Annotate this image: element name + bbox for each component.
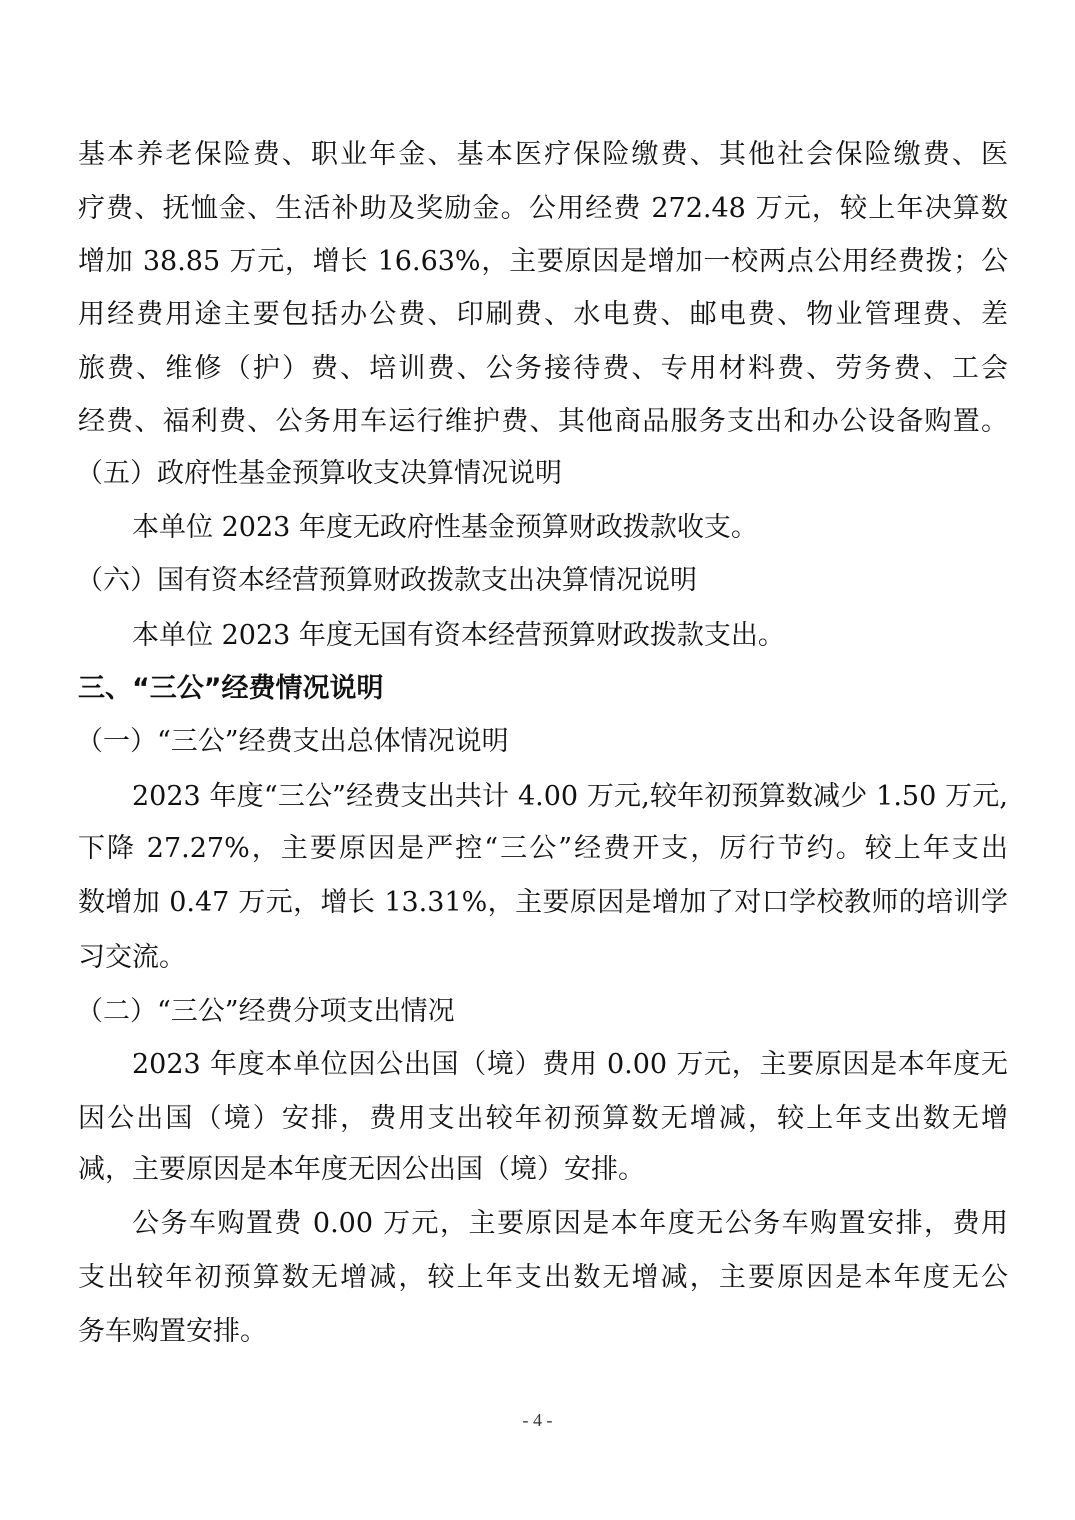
paragraph-line: 务车购置安排。 [78,1305,1008,1359]
subsection-heading-1: （一）“三公”经费支出总体情况说明 [76,715,1006,769]
paragraph-line: 数增加 0.47 万元，增长 13.31%，主要原因是增加了对口学校教师的培训学 [78,876,1008,930]
paragraph-line: 经费、福利费、公务用车运行维护费、其他商品服务支出和办公设备购置。 [78,395,1008,449]
paragraph-line: 增加 38.85 万元，增长 16.63%，主要原因是增加一校两点公用经费拨；公 [78,235,1008,289]
section-body-5: 本单位 2023 年度无政府性基金预算财政拨款收支。 [132,501,1008,555]
paragraph-line: 用经费用途主要包括办公费、印刷费、水电费、邮电费、物业管理费、差 [78,288,1008,342]
page-number: - 4 - [0,1406,1075,1434]
paragraph-line: 旅费、维修（护）费、培训费、公务接待费、专用材料费、劳务费、工会 [78,342,1008,396]
paragraph-line: 2023 年度本单位因公出国（境）费用 0.00 万元，主要原因是本年度无 [132,1038,1008,1092]
paragraph-line: 习交流。 [78,931,1008,985]
paragraph-line: 基本养老保险费、职业年金、基本医疗保险缴费、其他社会保险缴费、医 [78,128,1008,182]
section-body-6: 本单位 2023 年度无国有资本经营预算财政拨款支出。 [132,609,1008,663]
paragraph-line: 公务车购置费 0.00 万元，主要原因是本年度无公务车购置安排，费用 [132,1197,1008,1251]
paragraph-line: 支出较年初预算数无增减，较上年支出数无增减，主要原因是本年度无公 [78,1251,1008,1305]
paragraph-line: 下降 27.27%，主要原因是严控“三公”经费开支，厉行节约。较上年支出 [78,822,1008,876]
document-page: 基本养老保险费、职业年金、基本医疗保险缴费、其他社会保险缴费、医 疗费、抚恤金、… [0,0,1075,1520]
subsection-heading-2: （二）“三公”经费分项支出情况 [76,985,1006,1039]
paragraph-line: 疗费、抚恤金、生活补助及奖励金。公用经费 272.48 万元，较上年决算数 [78,182,1008,236]
paragraph-line: 减，主要原因是本年度无因公出国（境）安排。 [78,1143,1008,1197]
paragraph-line: 因公出国（境）安排，费用支出较年初预算数无增减，较上年支出数无增 [78,1092,1008,1146]
part-3-heading: 三、“三公”经费情况说明 [78,662,1008,716]
paragraph-line: 2023 年度“三公”经费支出共计 4.00 万元,较年初预算数减少 1.50 … [132,770,1008,824]
section-heading-6: （六）国有资本经营预算财政拨款支出决算情况说明 [76,554,1006,608]
section-heading-5: （五）政府性基金预算收支决算情况说明 [76,447,1006,501]
